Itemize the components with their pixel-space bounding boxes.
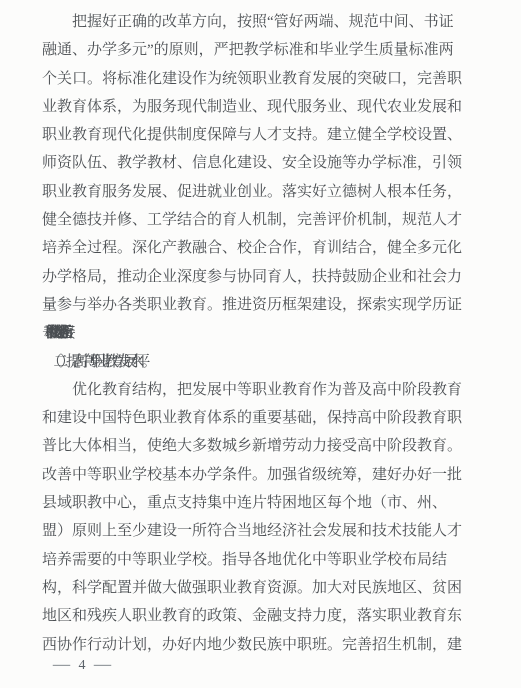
footer-dash-left: — (53, 657, 71, 674)
text-line: 和建设中国特色职业教育体系的重要基础，保持高中阶段教育职 (42, 404, 480, 432)
text-line: 个关口。将标准化建设作为统领职业教育发展的突破口，完善职 (42, 65, 480, 93)
text-line: 西协作行动计划，办好内地少数民族中职班。完善招生机制，建 (42, 631, 480, 659)
text-line: 办学格局，推动企业深度参与协同育人，扶持鼓励企业和社会力 (42, 263, 480, 291)
text-line: 职业教育现代化提供制度保障与人才支持。建立健全学校设置、 (42, 121, 480, 149)
text-line: 融通、办学多元”的原则，严把教学标准和毕业学生质量标准两 (42, 36, 480, 64)
text-line: 师资队伍、教学教材、信息化建设、安全设施等办学标准，引领 (42, 149, 480, 177)
document-body: 把握好正确的改革方向，按照“管好两端、规范中间、书证融通、办学多元”的原则，严把… (42, 8, 480, 659)
page-footer: — 4 — (54, 657, 111, 674)
text-line: 书和职业技能等级证书互通衔接。 (42, 319, 480, 347)
text-line: 培养全过程。深化产教融合、校企合作，育训结合，健全多元化 (42, 234, 480, 262)
text-line: 把握好正确的改革方向，按照“管好两端、规范中间、书证 (42, 8, 480, 36)
text-line: 构，科学配置并做大做强职业教育资源。加大对民族地区、贫困 (42, 574, 480, 602)
text-line: 地区和残疾人职业教育的政策、金融支持力度，落实职业教育东 (42, 602, 480, 630)
text-line: 改善中等职业学校基本办学条件。加强省级统筹，建好办好一批 (42, 461, 480, 489)
document-page: 把握好正确的改革方向，按照“管好两端、规范中间、书证融通、办学多元”的原则，严把… (0, 0, 521, 688)
text-line: 优化教育结构，把发展中等职业教育作为普及高中阶段教育 (42, 376, 480, 404)
text-line: 普比大体相当，使绝大多数城乡新增劳动力接受高中阶段教育。 (42, 432, 480, 460)
text-line: 职业教育服务发展、促进就业创业。落实好立德树人根本任务， (42, 178, 480, 206)
text-line: 健全德技并修、工学结合的育人机制，完善评价机制，规范人才 (42, 206, 480, 234)
text-line: （二）提高中等职业教育发展水平。 (42, 348, 480, 376)
text-line: 业教育体系，为服务现代制造业、现代服务业、现代农业发展和 (42, 93, 480, 121)
footer-dash-right: — (94, 657, 112, 674)
text-line: 培养需要的中等职业学校。指导各地优化中等职业学校布局结 (42, 546, 480, 574)
text-line: 盟）原则上至少建设一所符合当地经济社会发展和技术技能人才 (42, 517, 480, 545)
text-line: 县域职教中心，重点支持集中连片特困地区每个地（市、州、 (42, 489, 480, 517)
text-line: 量参与举办各类职业教育。推进资历框架建设，探索实现学历证 (42, 291, 480, 319)
footer-page-number: 4 (79, 658, 87, 674)
